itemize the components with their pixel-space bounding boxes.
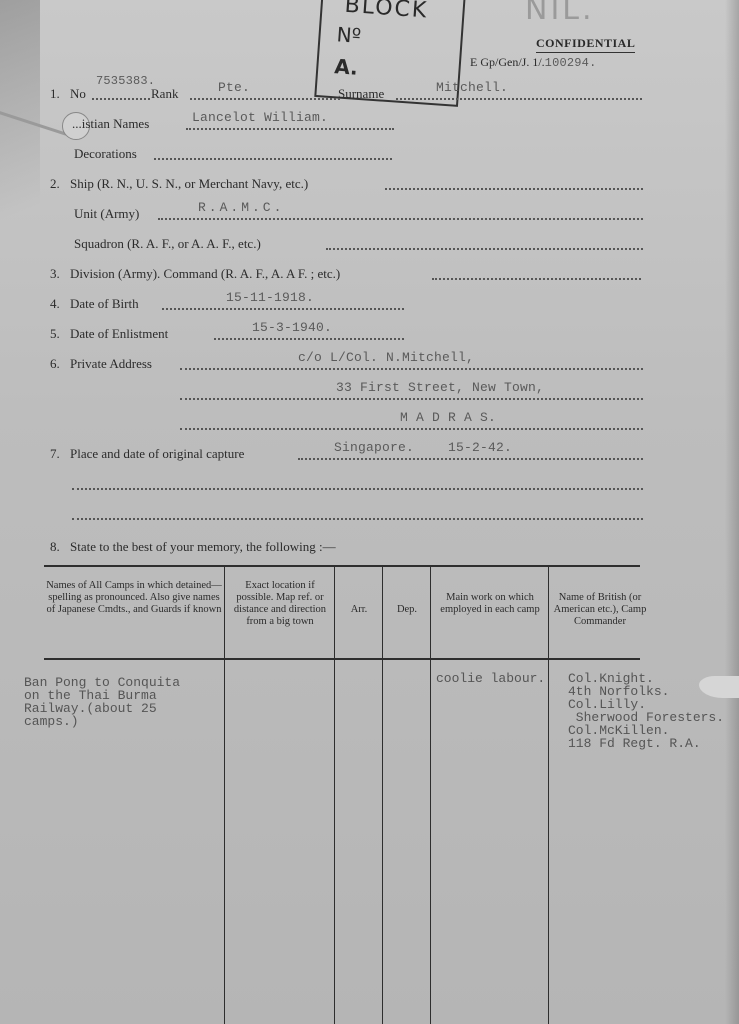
field-2-number: 2. [50,176,60,192]
unit-line [158,218,643,220]
page-fold-shadow [0,0,40,300]
stamp-line-3: A. [334,54,359,80]
decorations-label: Decorations [74,146,137,162]
column-divider-2 [334,565,335,1024]
rank-line [190,98,340,100]
ship-line [385,188,643,190]
header-departure: Dep. [384,604,430,616]
squadron-label: Squadron (R. A. F., or A. A. F., etc.) [74,236,261,252]
surname-label: Surname [338,86,384,102]
cell-camps: Ban Pong to Conquita on the Thai Burma R… [24,676,180,728]
address-value-2: 33 First Street, New Town, [336,380,544,395]
column-divider-3 [382,565,383,1024]
field-8-number: 8. [50,539,60,555]
capture-date-value: 15-2-42. [448,440,512,455]
surname-value: Mitchell. [436,80,508,95]
service-no-line [92,98,150,100]
field-7-number: 7. [50,446,60,462]
ship-label: Ship (R. N., U. S. N., or Merchant Navy,… [70,176,308,192]
section-8-heading: State to the best of your memory, the fo… [70,539,336,555]
capture-extra-line-1 [72,488,643,490]
date-of-enlistment-value: 15-3-1940. [252,320,332,335]
pencil-note: NIL. [525,0,595,27]
surname-line [396,98,642,100]
page-edge-shadow [725,0,739,1024]
christian-names-label: ...istian Names [72,116,149,132]
service-no-value: 7535383. [96,74,155,88]
address-line-1 [180,368,643,370]
column-divider-4 [430,565,431,1024]
cell-main-work: coolie labour. [436,672,545,685]
squadron-line [326,248,643,250]
reference-prefix: E Gp/Gen/J. 1/. [470,55,545,69]
field-6-number: 6. [50,356,60,372]
address-value-1: c/o L/Col. N.Mitchell, [298,350,474,365]
column-divider-5 [548,565,549,1024]
stamp-line-2: Nº [336,22,362,48]
address-line-2 [180,398,643,400]
date-of-birth-value: 15-11-1918. [226,290,314,305]
division-label: Division (Army). Command (R. A. F., A. A… [70,266,340,282]
header-camp-names: Names of All Camps in which detained—spe… [46,580,222,616]
header-exact-location: Exact location if possible. Map ref. or … [228,580,332,628]
date-of-birth-label: Date of Birth [70,296,139,312]
division-line [432,278,641,280]
unit-label: Unit (Army) [74,206,139,222]
reference-line: E Gp/Gen/J. 1/.100294. [470,55,596,70]
capture-extra-line-2 [72,518,643,520]
christian-names-value: Lancelot William. [192,110,328,125]
capture-place-value: Singapore. [334,440,414,455]
table-top-border [44,565,640,567]
stamp-line-1: BLOCK [344,0,429,24]
rank-label: Rank [151,86,178,102]
field-5-number: 5. [50,326,60,342]
field-3-number: 3. [50,266,60,282]
date-of-birth-line [162,308,404,310]
field-1-number: 1. [50,86,60,102]
table-header-bottom-border [44,658,640,660]
reference-number: 100294. [545,56,597,70]
classification-label: CONFIDENTIAL [536,36,635,53]
header-arrival: Arr. [336,604,382,616]
decorations-line [154,158,392,160]
unit-value: R.A.M.C. [198,200,284,215]
capture-line [298,458,643,460]
date-of-enlistment-label: Date of Enlistment [70,326,168,342]
service-no-label: No [70,86,86,102]
rank-value: Pte. [218,80,250,95]
christian-names-line [186,128,394,130]
date-of-enlistment-line [214,338,404,340]
private-address-label: Private Address [70,356,152,372]
capture-label: Place and date of original capture [70,446,244,462]
address-value-3: M A D R A S. [400,410,496,425]
document-page: BLOCK Nº A. NIL. CONFIDENTIAL E Gp/Gen/J… [0,0,739,1024]
column-divider-1 [224,565,225,1024]
address-line-3 [180,428,643,430]
field-4-number: 4. [50,296,60,312]
header-main-work: Main work on which employed in each camp [434,592,546,616]
header-camp-commander: Name of British (or American etc.), Camp… [552,592,648,628]
